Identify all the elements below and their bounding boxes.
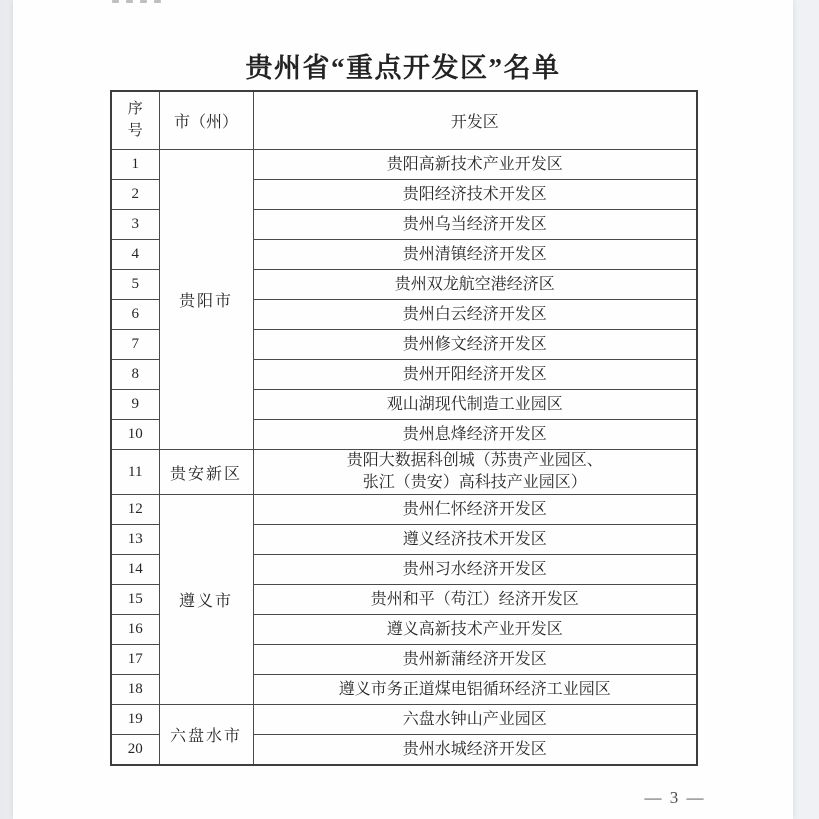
zone-cell: 贵阳大数据科创城（苏贵产业园区、 张江（贵安）高科技产业园区） [253,450,697,495]
zone-cell: 贵州清镇经济开发区 [253,240,697,270]
header-cell-zone: 开发区 [253,91,697,150]
row-index-cell: 5 [111,270,159,300]
page-number: — 3 — [630,788,720,808]
row-index-cell: 6 [111,300,159,330]
document-page: 贵州省“重点开发区”名单 序号 市（州） 开发区 1 贵阳市 贵阳高新技术产业开… [13,0,793,819]
zone-cell: 贵州白云经济开发区 [253,300,697,330]
city-cell-guian: 贵安新区 [159,450,253,495]
row-index-cell: 8 [111,360,159,390]
row-index-cell: 15 [111,585,159,615]
zone-cell: 观山湖现代制造工业园区 [253,390,697,420]
table-row: 1 贵阳市 贵阳高新技术产业开发区 [111,150,697,180]
city-cell-liupanshui: 六盘水市 [159,705,253,766]
zones-table: 序号 市（州） 开发区 1 贵阳市 贵阳高新技术产业开发区 2 贵阳经济技术开发… [110,90,698,766]
table-row: 19 六盘水市 六盘水钟山产业园区 [111,705,697,735]
zone-cell: 贵州息烽经济开发区 [253,420,697,450]
row-index-cell: 13 [111,525,159,555]
viewer-background: 贵州省“重点开发区”名单 序号 市（州） 开发区 1 贵阳市 贵阳高新技术产业开… [0,0,819,819]
row-index-cell: 12 [111,495,159,525]
table-row: 12 遵义市 贵州仁怀经济开发区 [111,495,697,525]
zone-cell: 贵州水城经济开发区 [253,735,697,766]
row-index-cell: 18 [111,675,159,705]
zone-cell: 遵义高新技术产业开发区 [253,615,697,645]
zone-cell: 贵州双龙航空港经济区 [253,270,697,300]
page-title: 贵州省“重点开发区”名单 [13,46,793,85]
city-cell-zunyi: 遵义市 [159,495,253,705]
zone-cell: 六盘水钟山产业园区 [253,705,697,735]
row-index-cell: 2 [111,180,159,210]
row-index-cell: 1 [111,150,159,180]
row-index-cell: 17 [111,645,159,675]
zone-cell: 贵州仁怀经济开发区 [253,495,697,525]
row-index-cell: 3 [111,210,159,240]
row-index-cell: 10 [111,420,159,450]
row-index-cell: 14 [111,555,159,585]
row-index-cell: 16 [111,615,159,645]
header-no-label: 序号 [127,99,143,143]
zone-cell: 贵阳高新技术产业开发区 [253,150,697,180]
header-cell-city: 市（州） [159,91,253,150]
table-row: 11 贵安新区 贵阳大数据科创城（苏贵产业园区、 张江（贵安）高科技产业园区） [111,450,697,495]
zone-cell: 贵州开阳经济开发区 [253,360,697,390]
row-index-cell: 20 [111,735,159,766]
zone-cell: 遵义市务正道煤电铝循环经济工业园区 [253,675,697,705]
row-index-cell: 19 [111,705,159,735]
zone-cell: 遵义经济技术开发区 [253,525,697,555]
city-cell-guiyang: 贵阳市 [159,150,253,450]
row-index-cell: 11 [111,450,159,495]
table-header-row: 序号 市（州） 开发区 [111,91,697,150]
zone-cell: 贵州乌当经济开发区 [253,210,697,240]
zone-cell: 贵州新蒲经济开发区 [253,645,697,675]
zone-cell: 贵州习水经济开发区 [253,555,697,585]
zone-cell: 贵州和平（苟江）经济开发区 [253,585,697,615]
zone-cell: 贵州修文经济开发区 [253,330,697,360]
row-index-cell: 7 [111,330,159,360]
zone-cell: 贵阳经济技术开发区 [253,180,697,210]
row-index-cell: 4 [111,240,159,270]
cropped-text-fragments [112,0,161,4]
row-index-cell: 9 [111,390,159,420]
header-cell-no: 序号 [111,91,159,150]
